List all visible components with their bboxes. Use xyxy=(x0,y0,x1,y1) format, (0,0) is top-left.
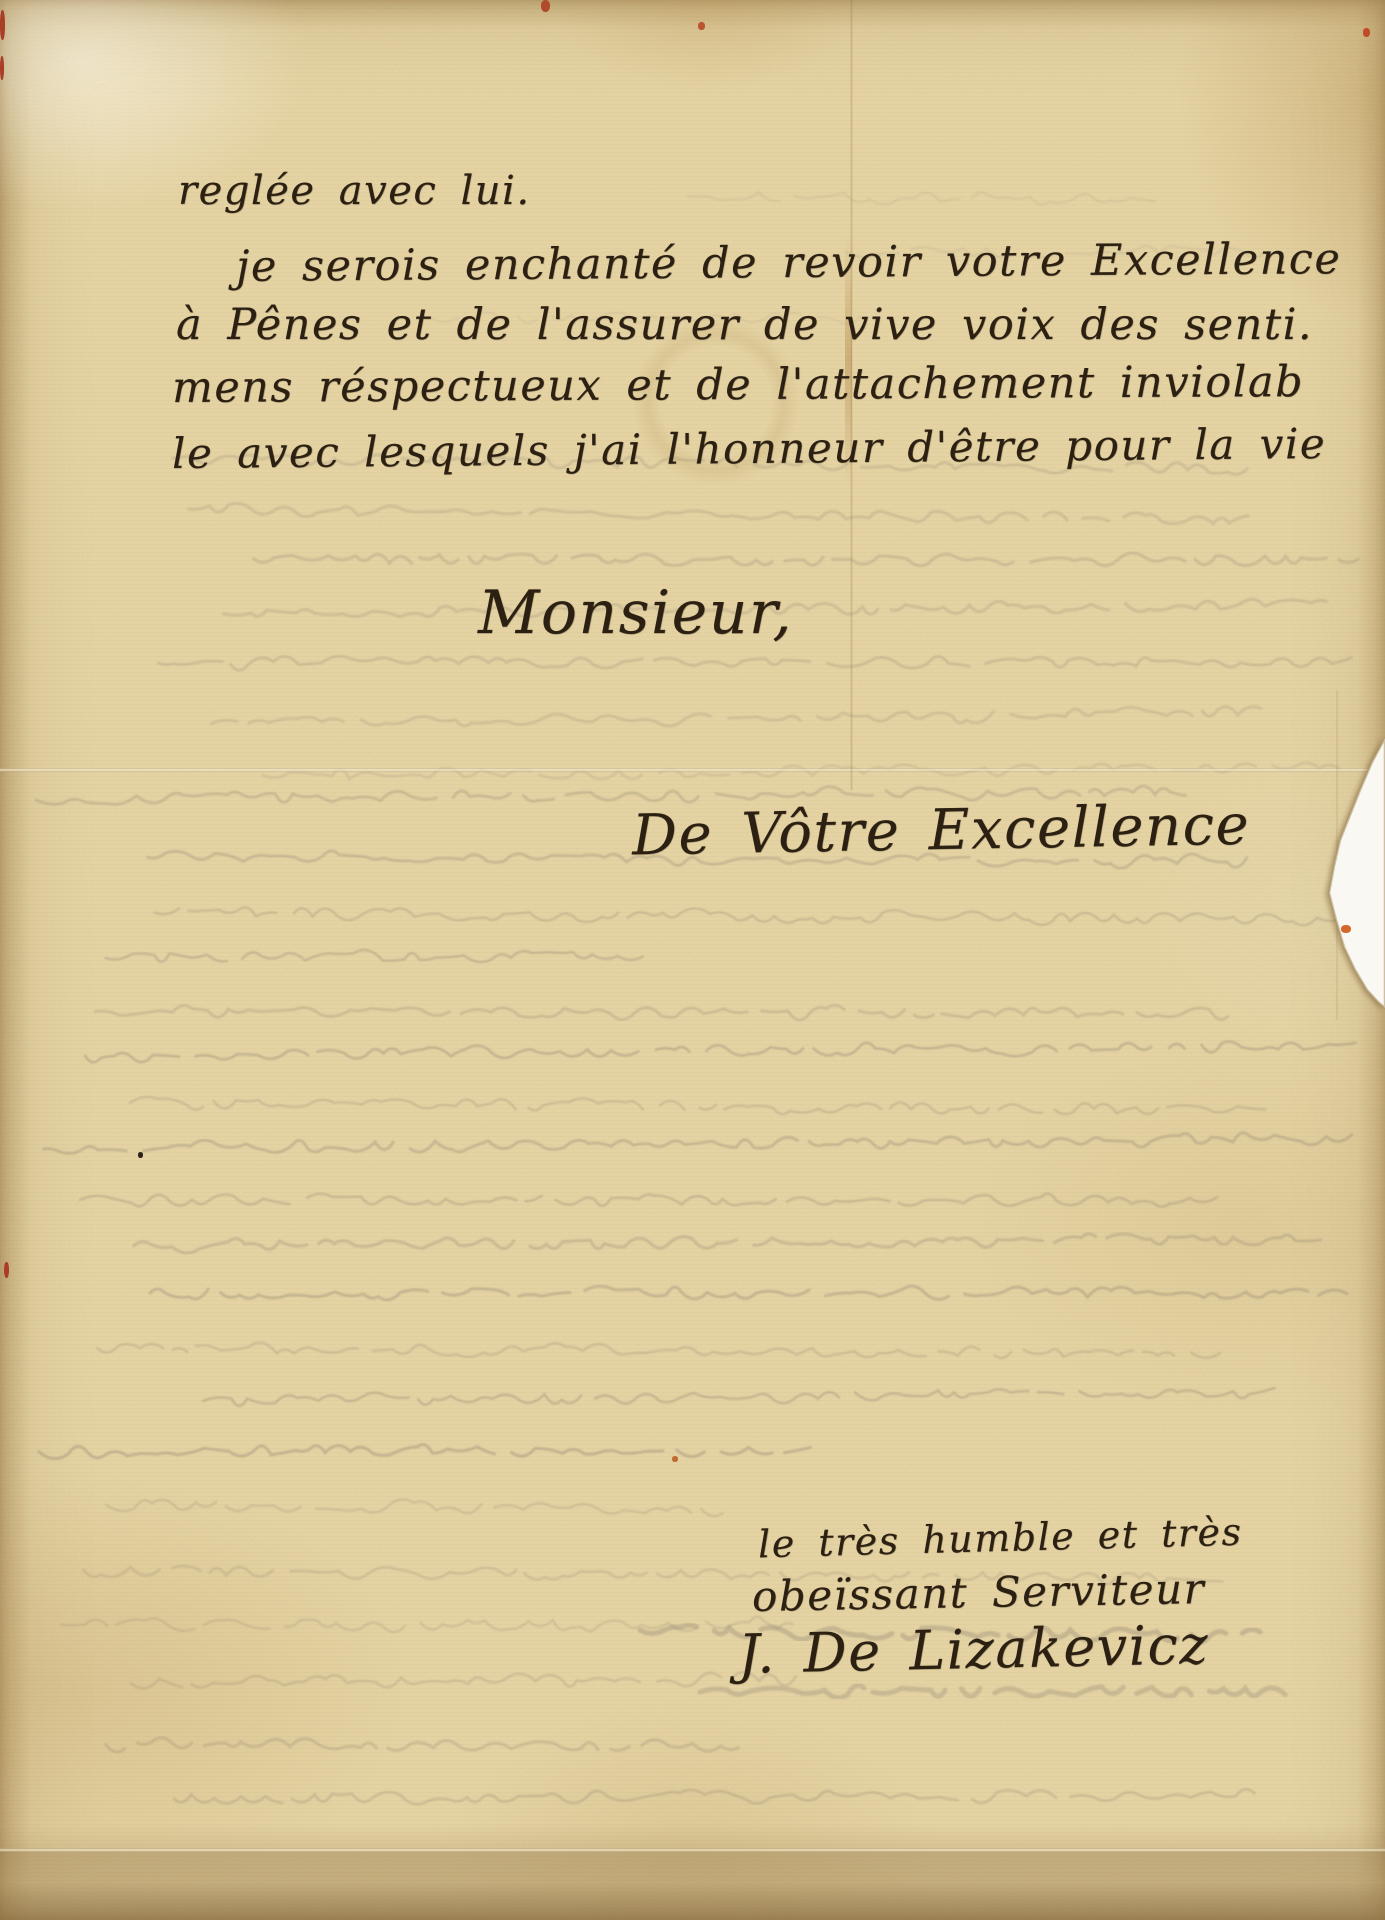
red-mark xyxy=(698,22,705,30)
body-line-3: à Pênes et de l'assurer de vive voix des… xyxy=(176,300,1313,350)
signature-line: J. De Lizakevicz xyxy=(737,1613,1209,1686)
red-mark xyxy=(4,1262,9,1278)
closing-line-2: obeïssant Serviteur xyxy=(752,1564,1206,1621)
ink-speck xyxy=(138,1152,143,1158)
vertical-fold-crease xyxy=(1336,690,1338,1020)
address-line: De Vôtre Excellence xyxy=(631,793,1250,869)
red-mark xyxy=(0,56,4,80)
red-mark xyxy=(1363,28,1370,37)
red-mark xyxy=(541,0,550,12)
orange-mark xyxy=(1341,925,1351,933)
body-line-1: reglée avec lui. xyxy=(178,168,531,214)
salutation-line: Monsieur, xyxy=(478,578,793,648)
body-line-5: le avec lesquels j'ai l'honneur d'être p… xyxy=(172,419,1327,478)
orange-mark xyxy=(672,1456,678,1462)
horizontal-fold-crease xyxy=(0,768,1385,772)
body-line-4: mens réspectueux et de l'attachement inv… xyxy=(172,357,1304,413)
body-line-2: je serois enchanté de revoir votre Excel… xyxy=(236,234,1342,292)
closing-line-1: le très humble et très xyxy=(758,1510,1244,1567)
horizontal-fold-crease xyxy=(0,1848,1385,1852)
red-mark xyxy=(0,10,5,40)
bottom-fold-shadow xyxy=(0,1852,1385,1920)
letter-page: reglée avec lui. je serois enchanté de r… xyxy=(0,0,1385,1920)
